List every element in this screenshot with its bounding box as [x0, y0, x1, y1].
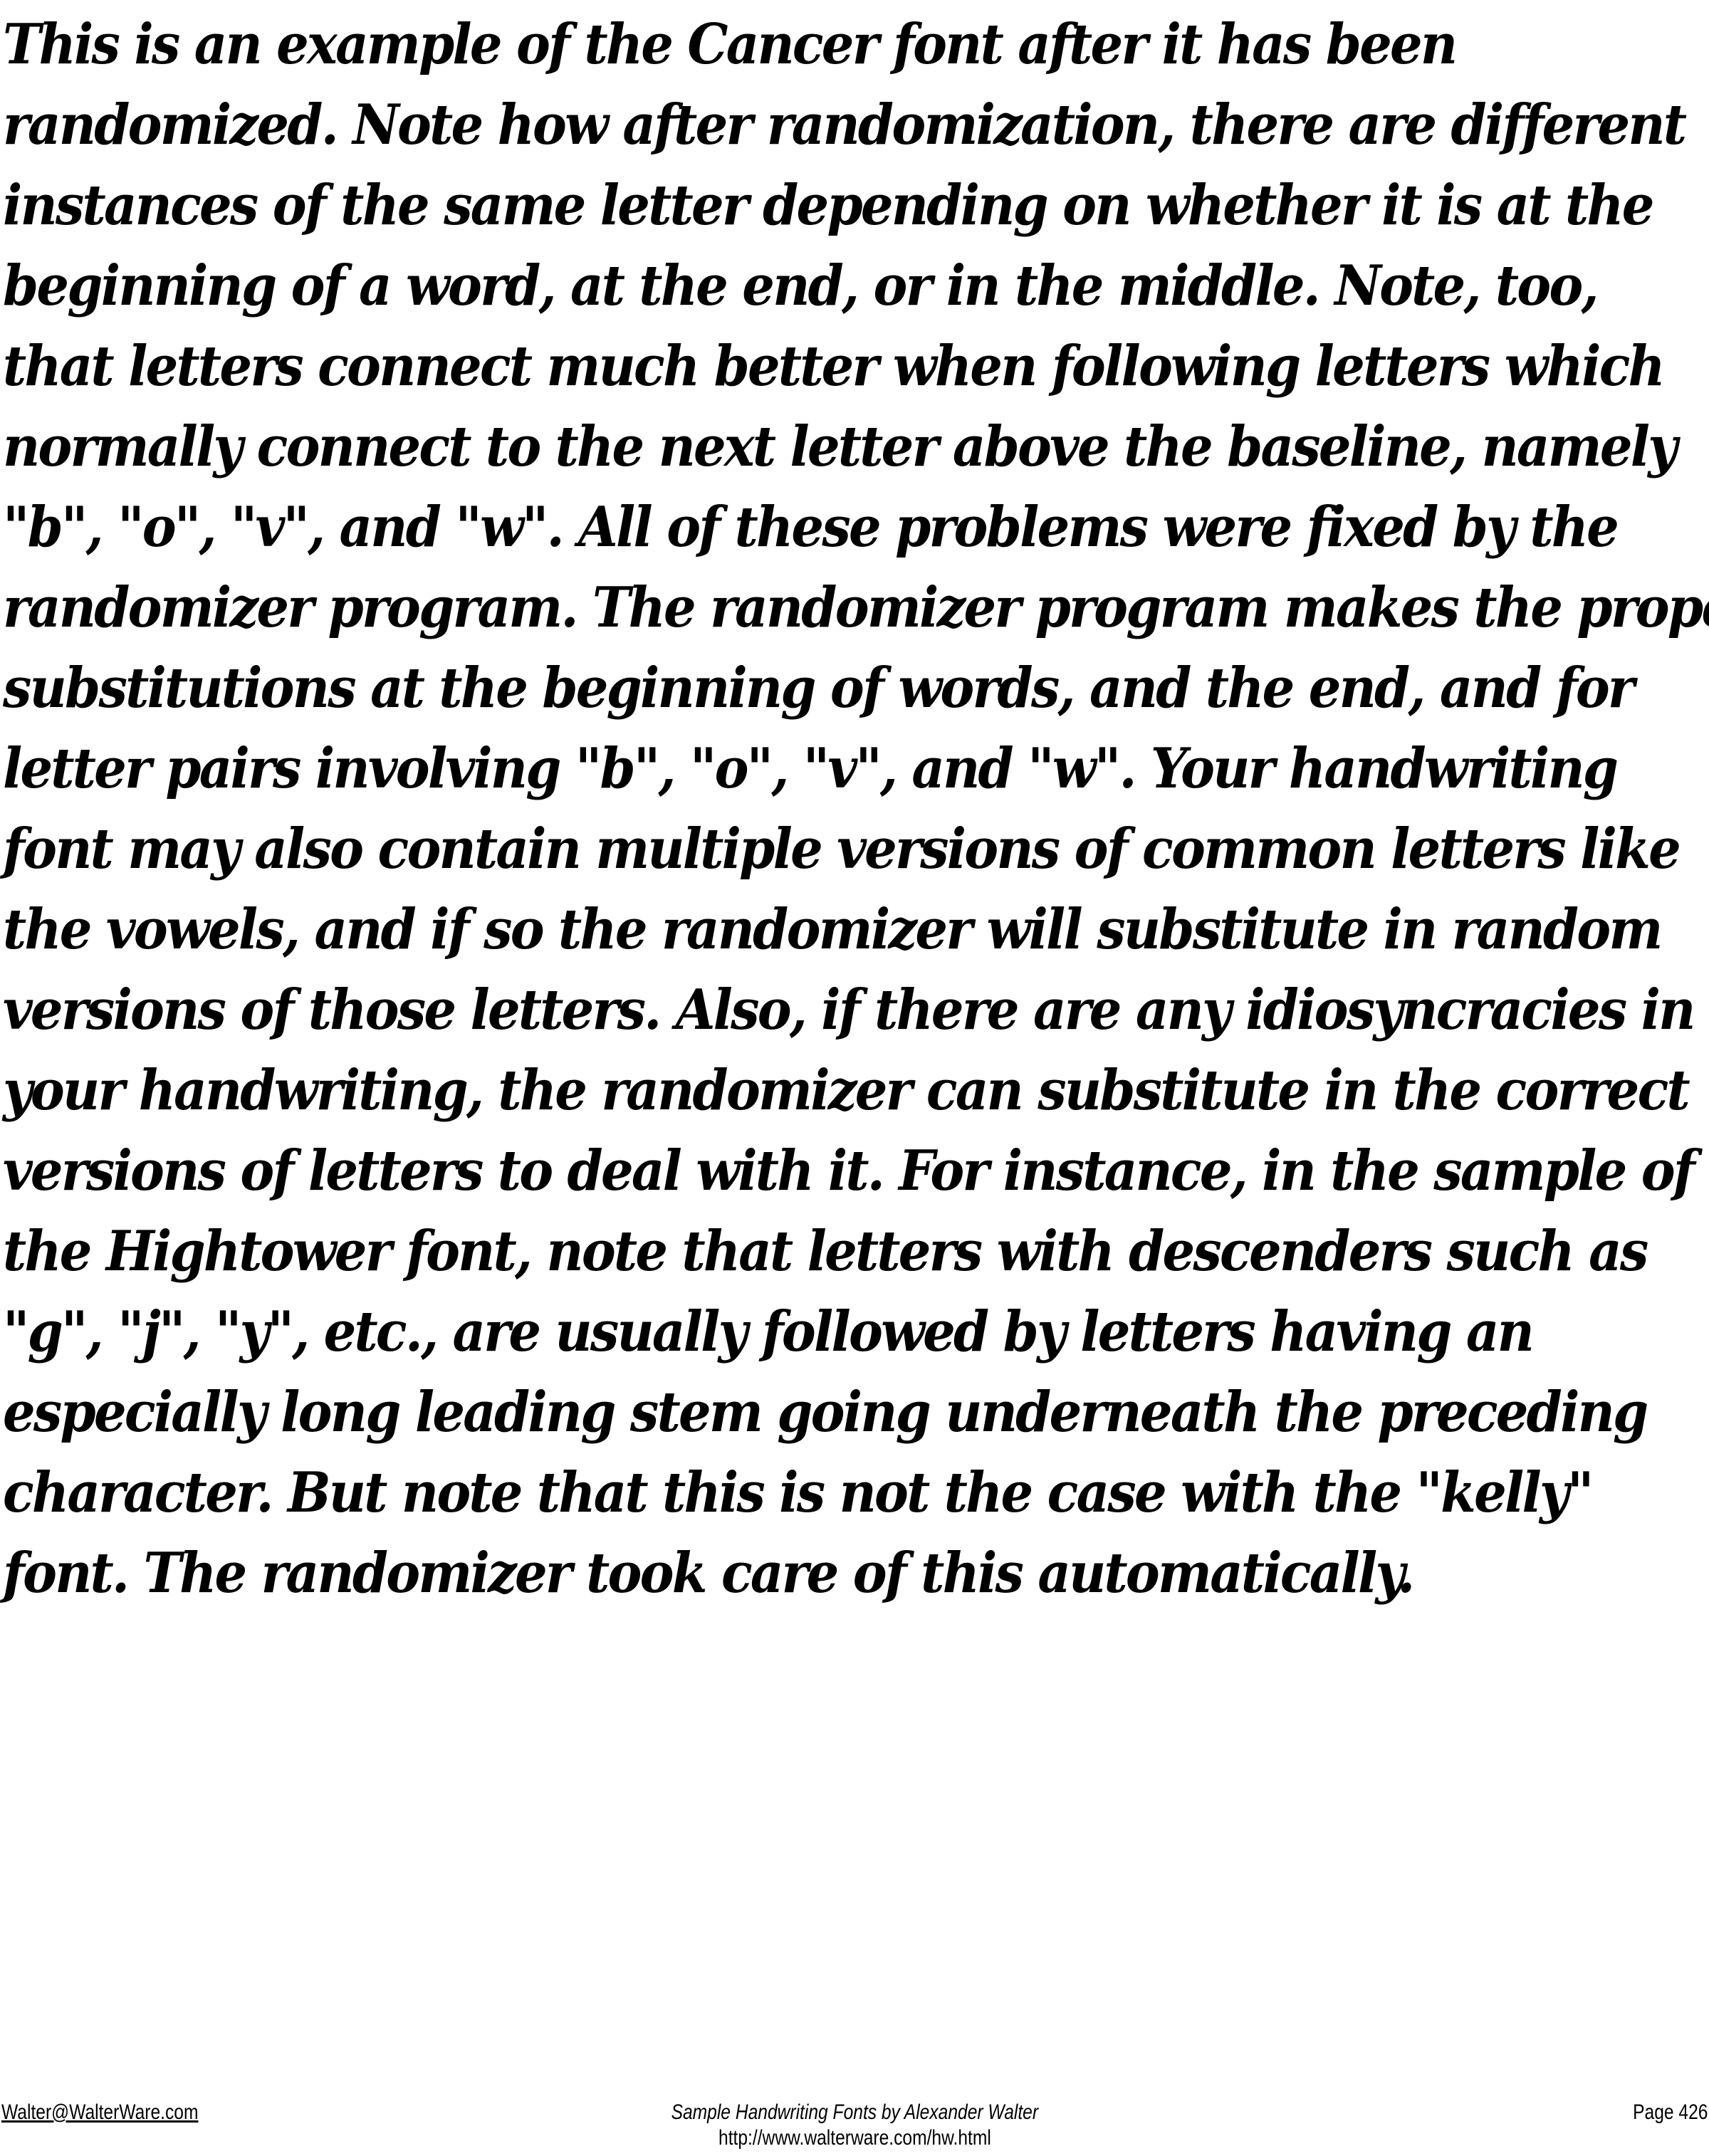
text-line: randomizer program. The randomizer progr… — [3, 567, 1570, 648]
text-line: font may also contain multiple versions … — [3, 809, 1570, 889]
text-line: substitutions at the beginning of words,… — [3, 648, 1570, 728]
text-line: This is an example of the Cancer font af… — [3, 4, 1570, 85]
text-line: normally connect to the next letter abov… — [3, 407, 1570, 487]
footer-url: http://www.walterware.com/hw.html — [0, 2126, 1709, 2150]
text-line: your handwriting, the randomizer can sub… — [3, 1050, 1570, 1131]
footer-title-text: Sample Handwriting Fonts by Alexander Wa… — [671, 2100, 1038, 2125]
footer-title: Sample Handwriting Fonts by Alexander Wa… — [0, 2100, 1709, 2125]
text-line: the vowels, and if so the randomizer wil… — [3, 889, 1570, 970]
text-line: "g", "j", "y", etc., are usually followe… — [3, 1292, 1570, 1372]
text-line: versions of letters to deal with it. For… — [3, 1131, 1570, 1211]
text-line: especially long leading stem going under… — [3, 1372, 1570, 1453]
text-line: character. But note that this is not the… — [3, 1453, 1570, 1533]
text-line: randomized. Note how after randomization… — [3, 85, 1570, 165]
text-line: the Hightower font, note that letters wi… — [3, 1211, 1570, 1292]
page-number: Page 426 — [1633, 2100, 1708, 2125]
page-footer: Walter@WalterWare.com Sample Handwriting… — [0, 2100, 1709, 2156]
text-line: instances of the same letter depending o… — [3, 165, 1570, 246]
text-line: versions of those letters. Also, if ther… — [3, 970, 1570, 1050]
handwriting-sample-body: This is an example of the Cancer font af… — [3, 4, 1706, 1613]
text-line: font. The randomizer took care of this a… — [3, 1533, 1570, 1613]
text-line: "b", "o", "v", and "w". All of these pro… — [3, 487, 1570, 567]
document-page: This is an example of the Cancer font af… — [0, 0, 1709, 2156]
text-line: letter pairs involving "b", "o", "v", an… — [3, 728, 1570, 809]
text-line: beginning of a word, at the end, or in t… — [3, 246, 1570, 326]
text-line: that letters connect much better when fo… — [3, 326, 1570, 407]
footer-url-text: http://www.walterware.com/hw.html — [718, 2126, 991, 2150]
